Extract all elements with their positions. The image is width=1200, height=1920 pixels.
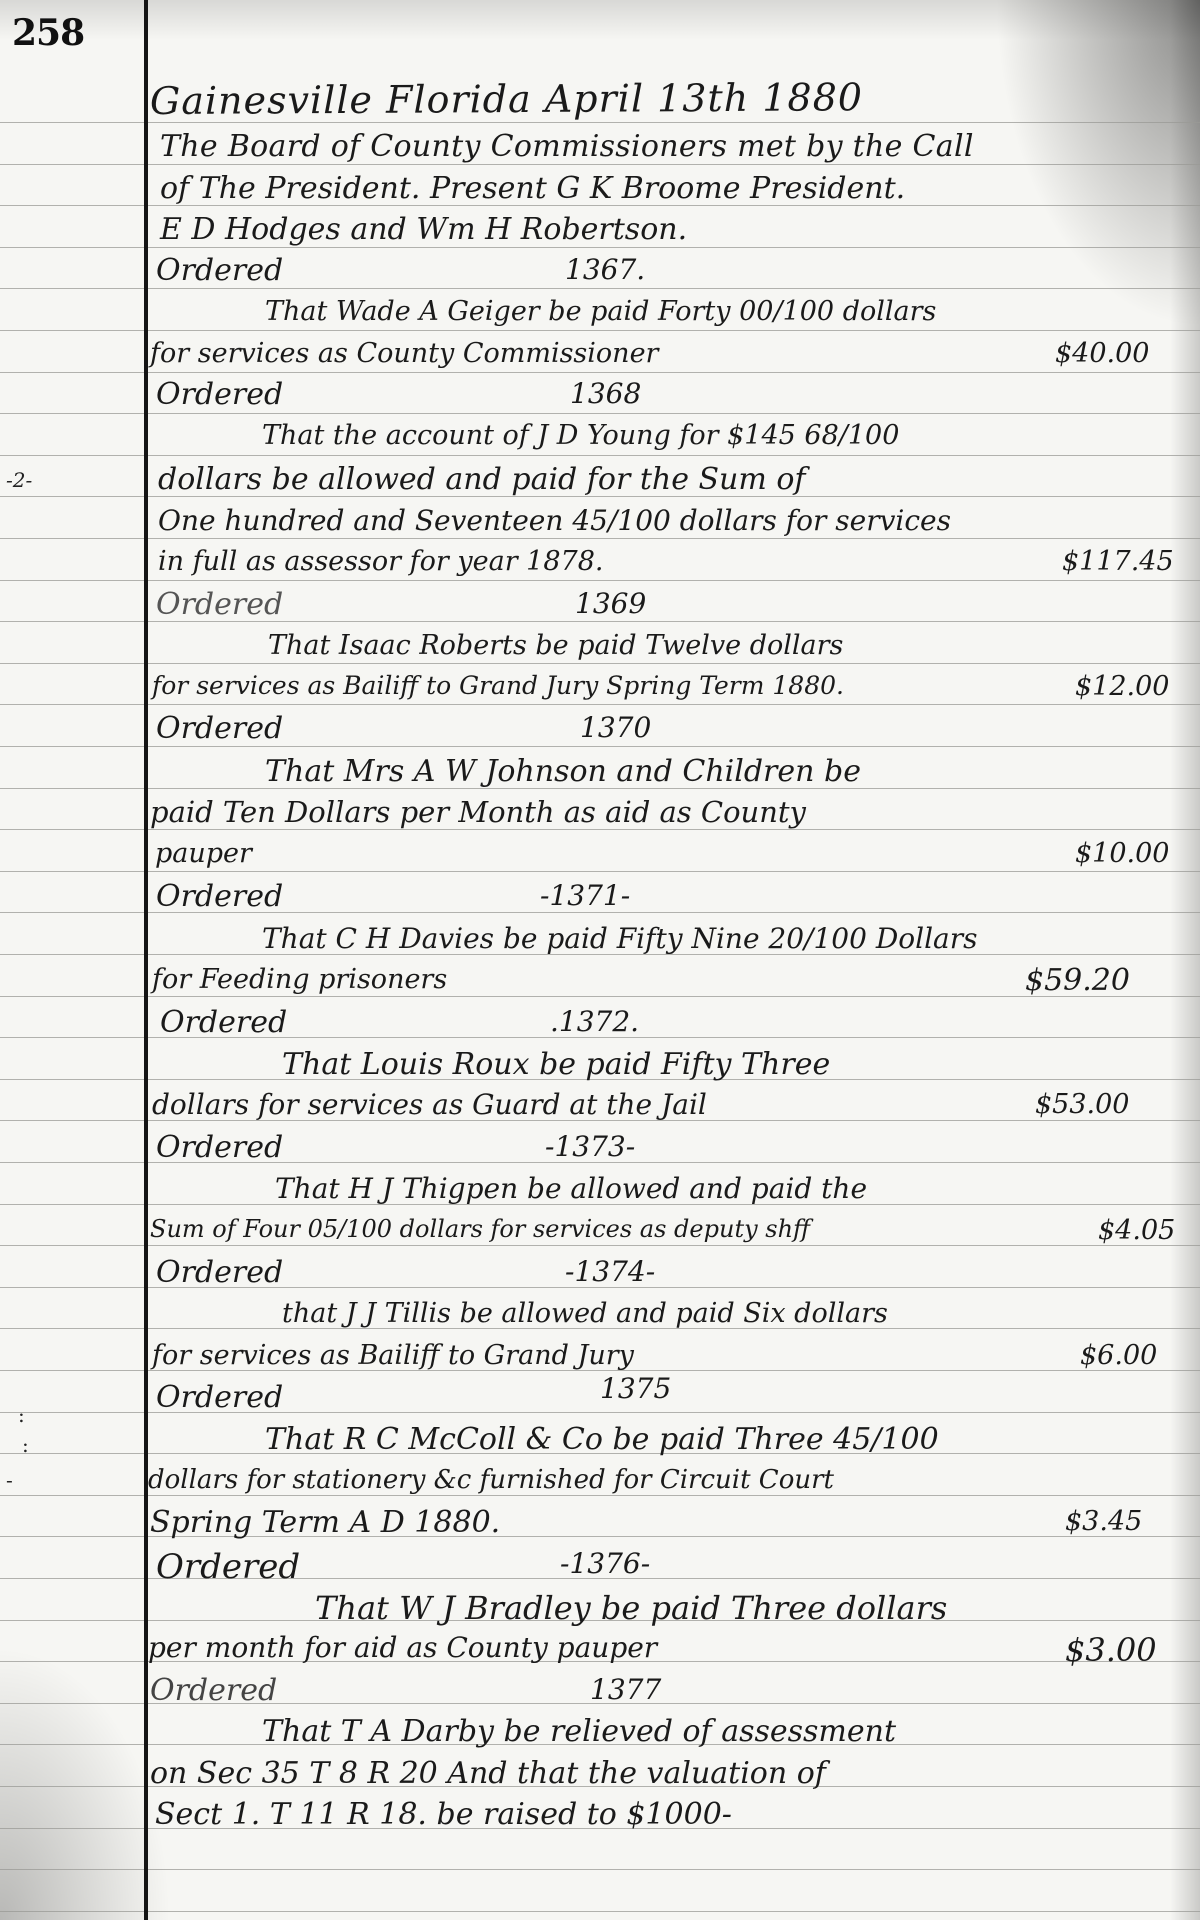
order-text-line: One hundred and Seventeen 45/100 dollars… bbox=[158, 507, 951, 535]
page-number: 258 bbox=[12, 12, 84, 54]
ruled-line bbox=[0, 288, 1200, 289]
ordered-label: Ordered bbox=[156, 714, 283, 744]
preamble-line: of The President. Present G K Broome Pre… bbox=[160, 174, 905, 204]
order-text-line: dollars be allowed and paid for the Sum … bbox=[158, 465, 806, 495]
ruled-line bbox=[0, 330, 1200, 331]
order-number: 1369 bbox=[575, 590, 646, 618]
order-text-line: in full as assessor for year 1878. bbox=[158, 548, 603, 575]
order-text-line: for services as County Commissioner bbox=[150, 340, 658, 367]
ordered-label: Ordered bbox=[156, 590, 283, 620]
ledger-page: 258 Gainesville Florida April 13th 1880 … bbox=[0, 0, 1200, 1920]
ordered-label: Ordered bbox=[156, 882, 283, 912]
order-number: 1367. bbox=[565, 256, 645, 284]
order-amount: $4.05 bbox=[1098, 1217, 1175, 1244]
order-text-line: Spring Term A D 1880. bbox=[150, 1508, 500, 1538]
ruled-line bbox=[0, 663, 1200, 664]
order-text-line: Sum of Four 05/100 dollars for services … bbox=[150, 1217, 810, 1241]
preamble-line: E D Hodges and Wm H Robertson. bbox=[160, 215, 687, 245]
order-amount: $3.45 bbox=[1065, 1508, 1142, 1535]
ordered-label: Ordered bbox=[156, 380, 283, 410]
order-number: -1371- bbox=[540, 882, 630, 910]
order-amount: $59.20 bbox=[1025, 966, 1130, 996]
ordered-label: Ordered bbox=[156, 1133, 283, 1163]
order-text-line: for services as Bailiff to Grand Jury Sp… bbox=[152, 673, 844, 698]
order-amount: $3.00 bbox=[1065, 1634, 1157, 1666]
ruled-line bbox=[0, 704, 1200, 705]
ruled-line bbox=[0, 996, 1200, 997]
ruled-line bbox=[0, 1245, 1200, 1246]
order-text-line: That T A Darby be relieved of assessment bbox=[262, 1717, 896, 1747]
order-text-line: for services as Bailiff to Grand Jury bbox=[152, 1342, 634, 1369]
order-text-line: that J J Tillis be allowed and paid Six … bbox=[282, 1300, 888, 1327]
place-date-heading: Gainesville Florida April 13th 1880 bbox=[150, 78, 863, 120]
order-text-line: That Mrs A W Johnson and Children be bbox=[265, 757, 861, 787]
preamble-line: The Board of County Commissioners met by… bbox=[160, 132, 974, 162]
ruled-line bbox=[0, 871, 1200, 872]
ordered-label: Ordered bbox=[160, 1008, 287, 1038]
order-text-line: on Sec 35 T 8 R 20 And that the valuatio… bbox=[150, 1759, 826, 1789]
order-amount: $53.00 bbox=[1035, 1091, 1129, 1118]
order-amount: $6.00 bbox=[1080, 1342, 1157, 1369]
order-text-line: That Louis Roux be paid Fifty Three bbox=[282, 1050, 830, 1080]
ruled-line bbox=[0, 580, 1200, 581]
margin-note: : bbox=[22, 1435, 29, 1455]
ruled-line bbox=[0, 746, 1200, 747]
ruled-line bbox=[0, 247, 1200, 248]
order-text-line: That Isaac Roberts be paid Twelve dollar… bbox=[268, 632, 843, 659]
order-text-line: pauper bbox=[155, 840, 252, 867]
order-text-line: That the account of J D Young for $145 6… bbox=[262, 422, 899, 449]
ordered-label: Ordered bbox=[156, 1550, 300, 1584]
order-text-line: That C H Davies be paid Fifty Nine 20/10… bbox=[262, 925, 978, 953]
order-amount: $12.00 bbox=[1075, 673, 1169, 700]
order-text-line: for Feeding prisoners bbox=[152, 966, 447, 993]
ordered-label: Ordered bbox=[156, 1383, 283, 1413]
order-text-line: That H J Thigpen be allowed and paid the bbox=[275, 1175, 867, 1203]
ordered-label: Ordered bbox=[150, 1676, 277, 1706]
order-text-line: dollars for stationery &c furnished for … bbox=[148, 1467, 834, 1493]
ruled-line bbox=[0, 1495, 1200, 1496]
order-number: 1368 bbox=[570, 380, 641, 408]
ruled-line bbox=[0, 829, 1200, 830]
order-amount: $40.00 bbox=[1055, 340, 1149, 367]
margin-note: - bbox=[6, 1470, 13, 1490]
order-number: -1374- bbox=[565, 1258, 655, 1286]
order-text-line: paid Ten Dollars per Month as aid as Cou… bbox=[150, 798, 806, 827]
order-number: .1372. bbox=[550, 1008, 639, 1036]
ruled-line bbox=[0, 455, 1200, 456]
ruled-line bbox=[0, 413, 1200, 414]
ordered-label: Ordered bbox=[156, 1258, 283, 1288]
ruled-line bbox=[0, 372, 1200, 373]
order-text-line: per month for aid as County pauper bbox=[148, 1634, 657, 1662]
order-number: 1370 bbox=[580, 714, 651, 742]
order-number: -1373- bbox=[545, 1133, 635, 1161]
order-text-line: That R C McColl & Co be paid Three 45/10… bbox=[265, 1425, 939, 1455]
margin-note: : bbox=[18, 1405, 25, 1425]
order-text-line: Sect 1. T 11 R 18. be raised to $1000- bbox=[155, 1800, 732, 1830]
order-amount: $10.00 bbox=[1075, 840, 1169, 867]
ordered-label: Ordered bbox=[156, 256, 283, 286]
order-amount: $117.45 bbox=[1062, 548, 1174, 575]
order-number: 1375 bbox=[600, 1375, 671, 1403]
ruled-line bbox=[0, 538, 1200, 539]
order-text-line: That W J Bradley be paid Three dollars bbox=[315, 1592, 947, 1624]
order-number: 1377 bbox=[590, 1676, 661, 1704]
order-text-line: dollars for services as Guard at the Jai… bbox=[152, 1091, 707, 1119]
ruled-line bbox=[0, 1869, 1200, 1870]
ruled-line bbox=[0, 1911, 1200, 1912]
ruled-line bbox=[0, 164, 1200, 165]
margin-note: -2- bbox=[6, 470, 32, 490]
order-number: -1376- bbox=[560, 1550, 650, 1578]
order-text-line: That Wade A Geiger be paid Forty 00/100 … bbox=[265, 298, 936, 325]
